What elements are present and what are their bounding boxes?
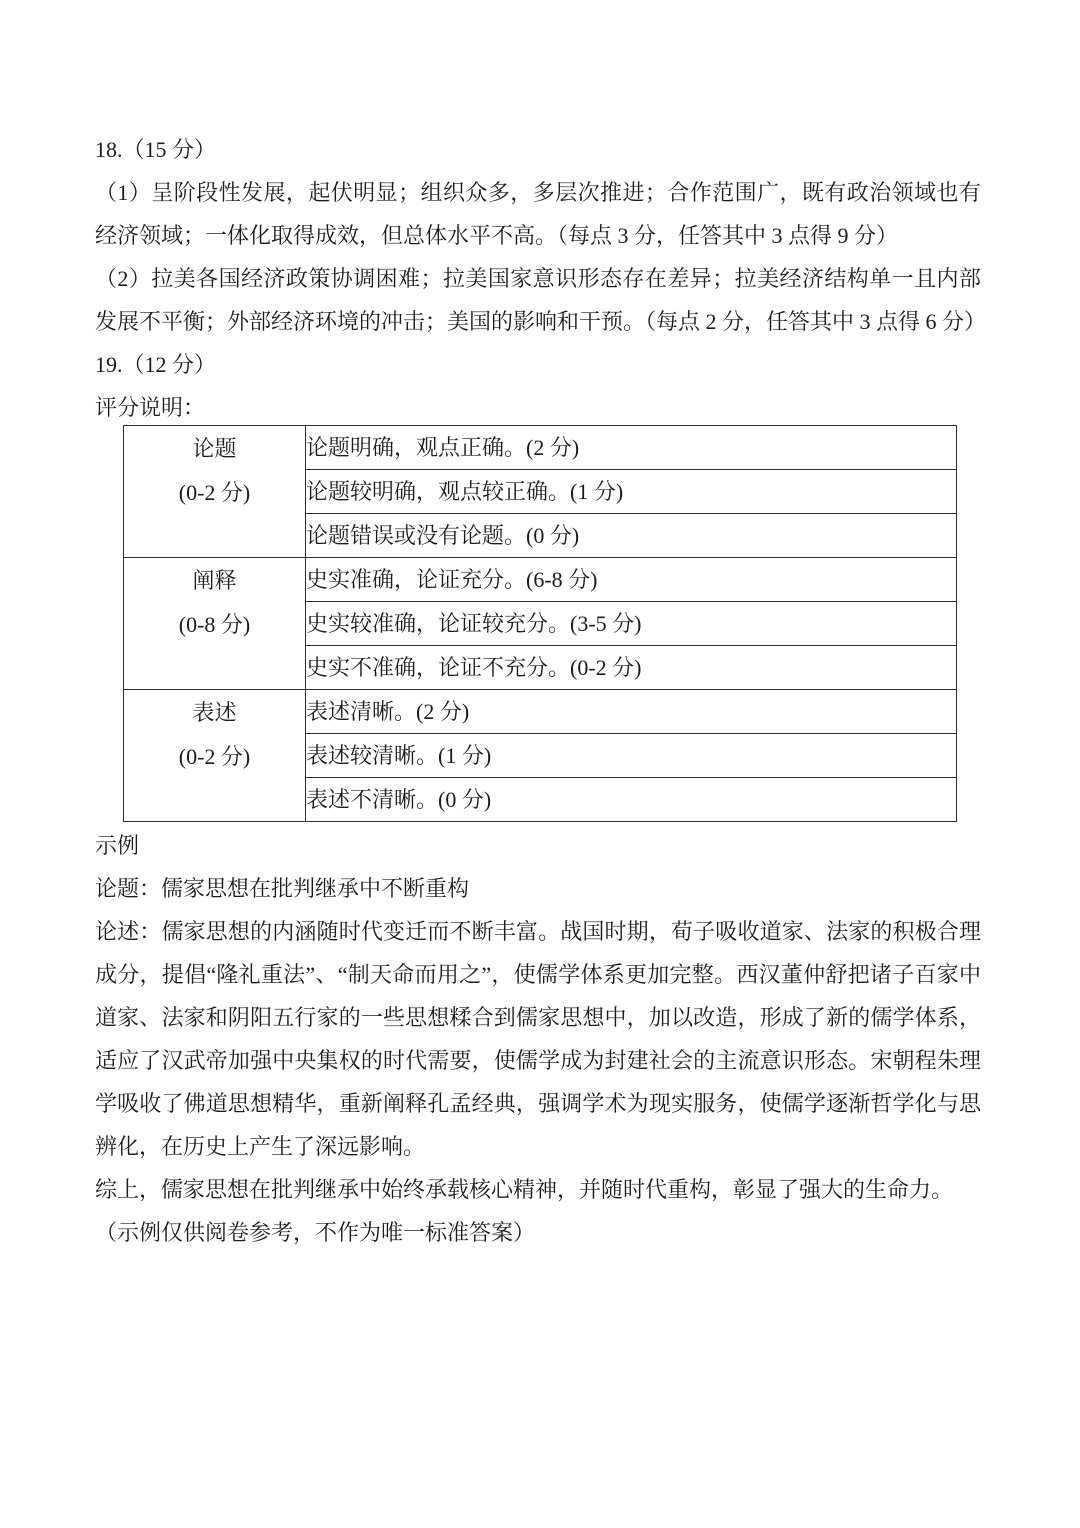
rubric-criterion: 表述不清晰。(0 分) [306,778,957,822]
example-topic: 论题：儒家思想在批判继承中不断重构 [95,867,981,910]
document-page: 18.（15 分） （1）呈阶段性发展，起伏明显；组织众多，多层次推进；合作范围… [0,0,1080,1528]
q19-heading: 19.（12 分） [95,343,981,386]
rubric-category-title: 阐释 [124,558,305,602]
rubric-criterion: 史实不准确，论证不充分。(0-2 分) [306,646,957,690]
rubric-category-explanation: 阐释 (0-8 分) [124,558,306,690]
rubric-category-topic: 论题 (0-2 分) [124,426,306,558]
rubric-label: 评分说明： [95,386,981,429]
rubric-criterion: 史实较准确，论证较充分。(3-5 分) [306,602,957,646]
table-row: 论题 (0-2 分) 论题明确，观点正确。(2 分) [124,426,957,470]
rubric-category-range: (0-2 分) [124,470,305,514]
table-row: 阐释 (0-8 分) 史实准确，论证充分。(6-8 分) [124,558,957,602]
example-label: 示例 [95,824,981,867]
example-note: （示例仅供阅卷参考，不作为唯一标准答案） [95,1211,981,1254]
document-content: 18.（15 分） （1）呈阶段性发展，起伏明显；组织众多，多层次推进；合作范围… [95,128,981,1254]
rubric-criterion: 论题错误或没有论题。(0 分) [306,514,957,558]
rubric-category-title: 表述 [124,690,305,734]
q18-answer-1: （1）呈阶段性发展，起伏明显；组织众多，多层次推进；合作范围广，既有政治领域也有… [95,171,981,257]
rubric-criterion: 论题明确，观点正确。(2 分) [306,426,957,470]
rubric-criterion: 论题较明确，观点较正确。(1 分) [306,470,957,514]
rubric-category-range: (0-8 分) [124,602,305,646]
rubric-criterion: 史实准确，论证充分。(6-8 分) [306,558,957,602]
rubric-category-expression: 表述 (0-2 分) [124,690,306,822]
example-summary: 综上，儒家思想在批判继承中始终承载核心精神，并随时代重构，彰显了强大的生命力。 [95,1168,981,1211]
rubric-criterion: 表述较清晰。(1 分) [306,734,957,778]
example-essay: 论述：儒家思想的内涵随时代变迁而不断丰富。战国时期，荀子吸收道家、法家的积极合理… [95,910,981,1168]
rubric-category-title: 论题 [124,426,305,470]
q18-heading: 18.（15 分） [95,128,981,171]
q18-answer-2: （2）拉美各国经济政策协调困难；拉美国家意识形态存在差异；拉美经济结构单一且内部… [95,257,981,343]
rubric-criterion: 表述清晰。(2 分) [306,690,957,734]
rubric-category-range: (0-2 分) [124,734,305,778]
table-row: 表述 (0-2 分) 表述清晰。(2 分) [124,690,957,734]
rubric-table: 论题 (0-2 分) 论题明确，观点正确。(2 分) 论题较明确，观点较正确。(… [123,425,957,822]
